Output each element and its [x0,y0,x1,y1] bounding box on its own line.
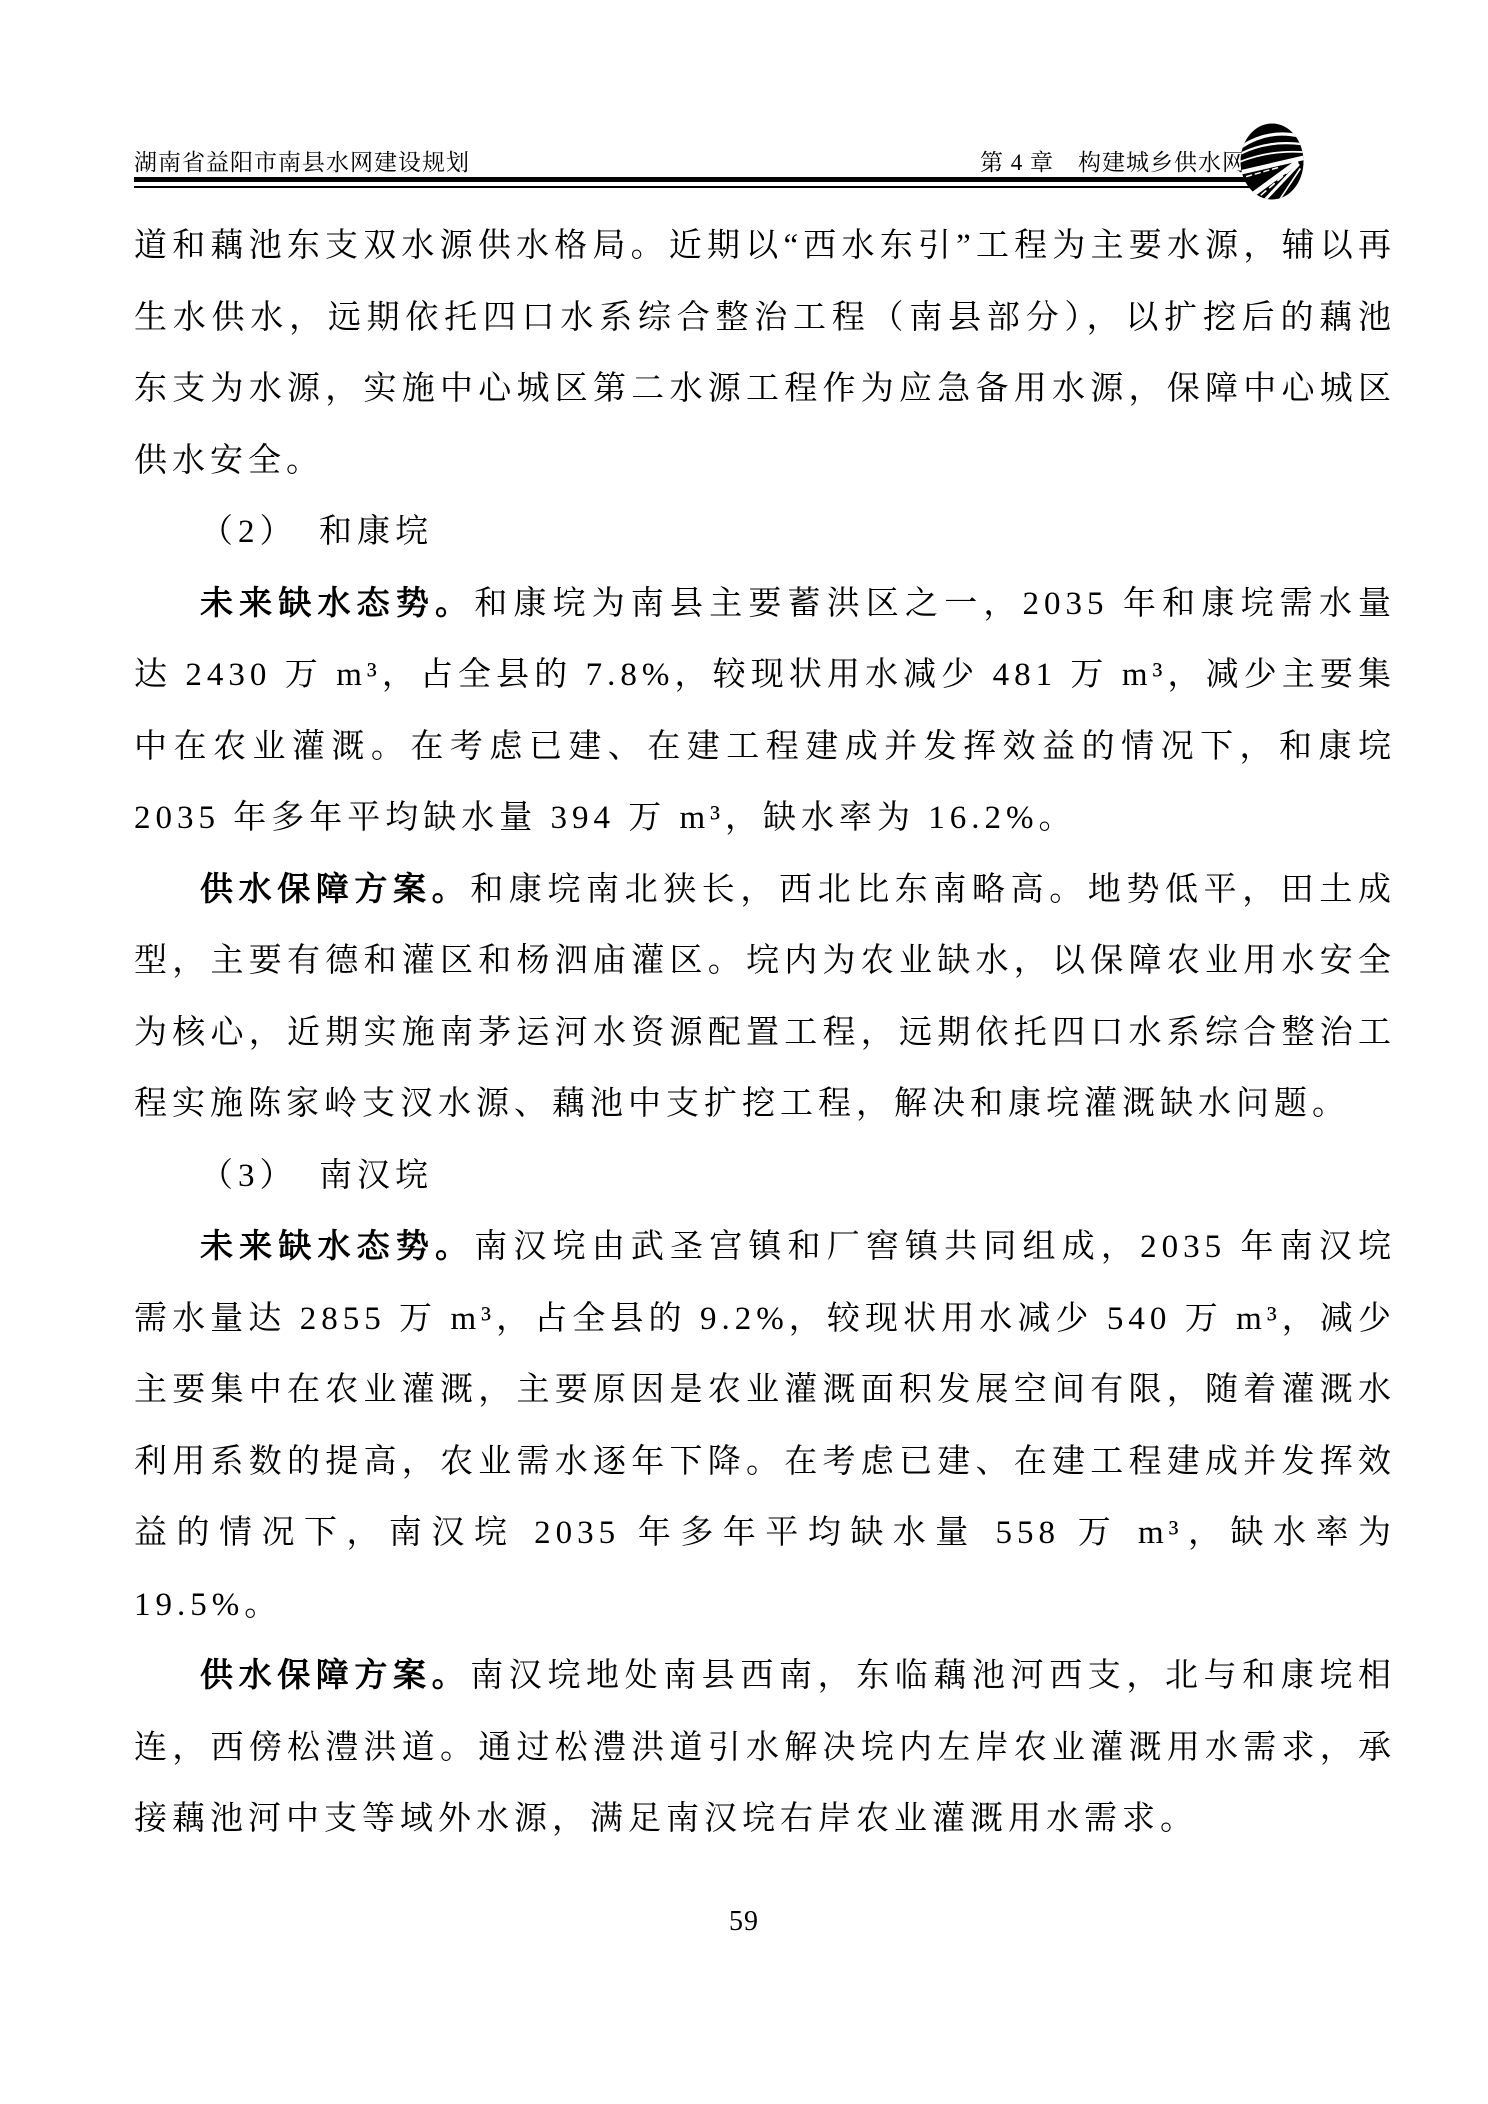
page-number: 59 [0,1906,1488,1938]
paragraph-hekang-plan: 供水保障方案。和康垸南北狭长，西北比东南略高。地势低平，田土成型，主要有德和灌区… [134,855,1396,1141]
header-rule-thin [134,186,1270,188]
header-chapter-title: 第 4 章 构建城乡供水网 [980,144,1246,177]
header-rule-thick [134,177,1270,182]
paragraph-text: 道和藕池东支双水源供水格局。近期以“西水东引”工程为主要水源，辅以再生水供水，远… [134,228,1396,479]
paragraph-lead: 未来缺水态势。 [200,586,474,622]
paragraph-lead: 供水保障方案。 [200,872,470,908]
page-header: 湖南省益阳市南县水网建设规划 第 4 章 构建城乡供水网 [134,144,1246,177]
document-page: 湖南省益阳市南县水网建设规划 第 4 章 构建城乡供水网 道和藕池东支双水源供水… [0,0,1488,2104]
section-heading-nanhan: （3） 南汉垸 [134,1141,1396,1213]
water-network-logo-icon [1240,123,1304,200]
document-body: 道和藕池东支双水源供水格局。近期以“西水东引”工程为主要水源，辅以再生水供水，远… [134,211,1396,1856]
paragraph-nanhan-plan: 供水保障方案。南汉垸地处南县西南，东临藕池河西支，北与和康垸相连，西傍松澧洪道。… [134,1641,1396,1856]
paragraph-text: 和康垸南北狭长，西北比东南略高。地势低平，田土成型，主要有德和灌区和杨泗庙灌区。… [134,872,1396,1123]
paragraph-nanhan-shortage: 未来缺水态势。南汉垸由武圣宫镇和厂窖镇共同组成，2035 年南汉垸需水量达 28… [134,1212,1396,1641]
header-left-title: 湖南省益阳市南县水网建设规划 [134,144,470,177]
paragraph-continuation: 道和藕池东支双水源供水格局。近期以“西水东引”工程为主要水源，辅以再生水供水，远… [134,211,1396,497]
section-heading-text: （2） 和康垸 [200,514,433,550]
paragraph-lead: 供水保障方案。 [200,1658,470,1694]
paragraph-text: 和康垸为南县主要蓄洪区之一，2035 年和康垸需水量达 2430 万 m³，占全… [134,586,1396,837]
paragraph-lead: 未来缺水态势。 [200,1229,474,1265]
paragraph-hekang-shortage: 未来缺水态势。和康垸为南县主要蓄洪区之一，2035 年和康垸需水量达 2430 … [134,569,1396,855]
paragraph-text: 南汉垸由武圣宫镇和厂窖镇共同组成，2035 年南汉垸需水量达 2855 万 m³… [134,1229,1396,1623]
section-heading-hekang: （2） 和康垸 [134,497,1396,569]
section-heading-text: （3） 南汉垸 [200,1158,433,1194]
